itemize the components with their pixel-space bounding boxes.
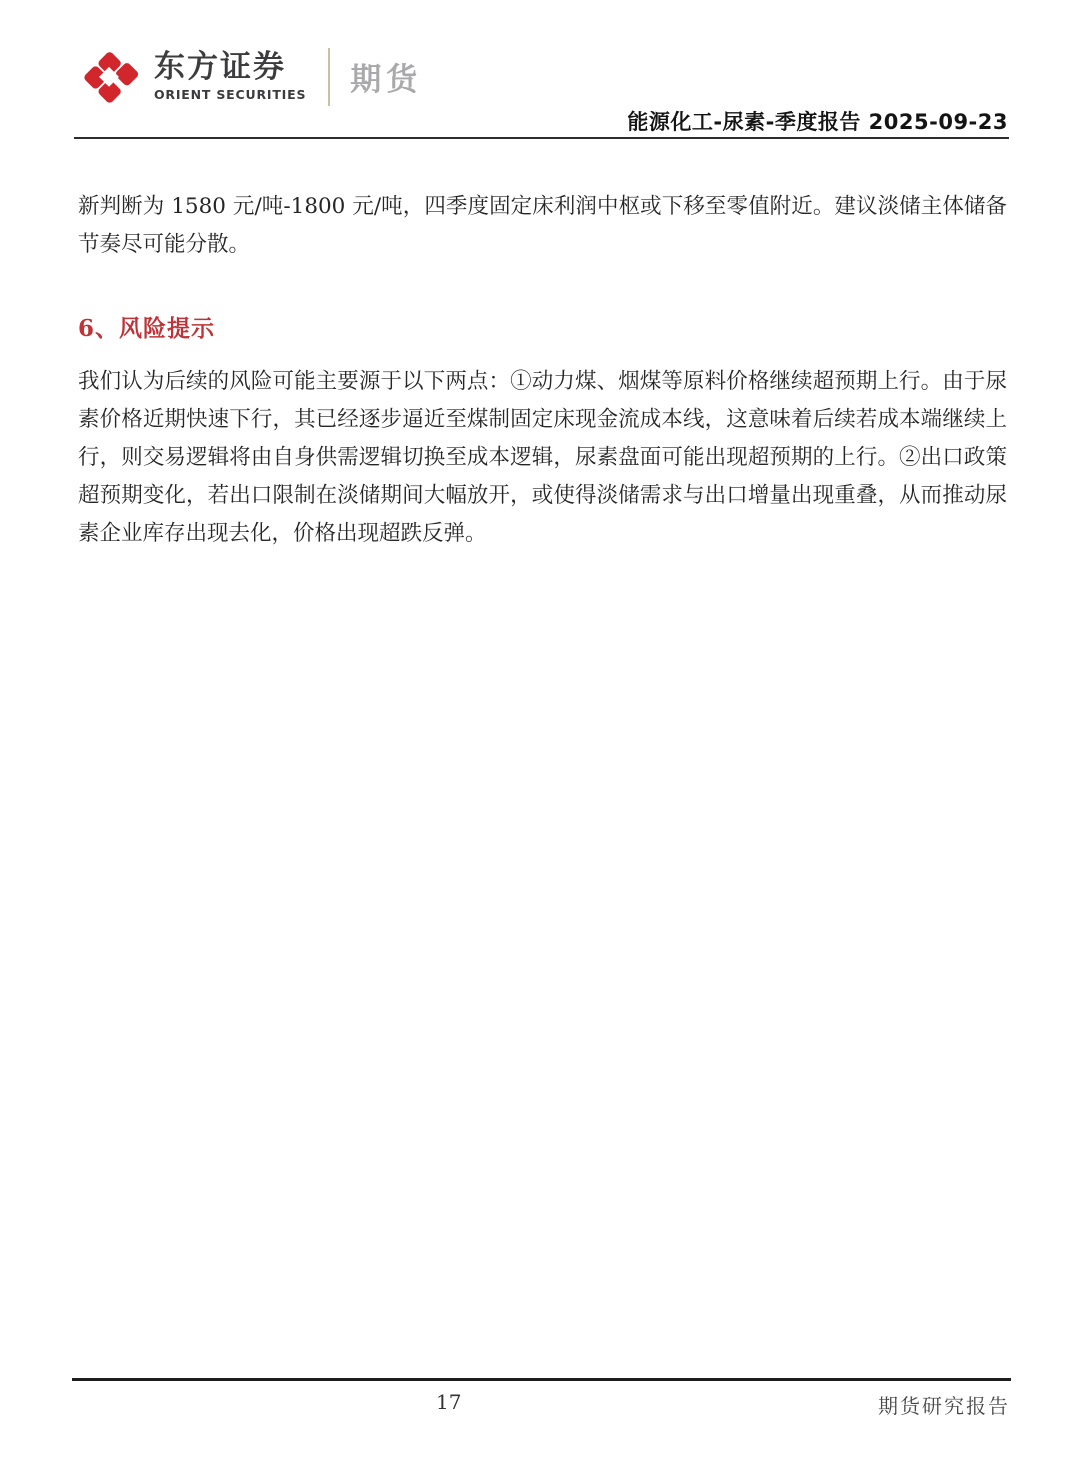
- header-rule: [74, 137, 1009, 139]
- brand-name-en: ORIENT SECURITIES: [154, 87, 306, 102]
- report-title-date: 能源化工-尿素-季度报告 2025-09-23: [627, 106, 1008, 136]
- report-body: 新判断为 1580 元/吨-1800 元/吨，四季度固定床利润中枢或下移至零值附…: [78, 188, 1007, 553]
- brand-divider: [328, 48, 330, 106]
- brand-division-label: 期货: [350, 54, 422, 99]
- section-heading-risk: 6、风险提示: [78, 310, 1007, 343]
- brand-text: 东方证券 ORIENT SECURITIES: [154, 52, 306, 102]
- intro-paragraph: 新判断为 1580 元/吨-1800 元/吨，四季度固定床利润中枢或下移至零值附…: [78, 188, 1007, 264]
- risk-paragraph: 我们认为后续的风险可能主要源于以下两点：①动力煤、烟煤等原料价格继续超预期上行。…: [78, 363, 1007, 553]
- report-page: 东方证券 ORIENT SECURITIES 期货 能源化工-尿素-季度报告 2…: [0, 0, 1080, 1466]
- footer-rule: [72, 1378, 1011, 1381]
- brand-name-cn: 东方证券: [154, 52, 306, 83]
- brand-block: 东方证券 ORIENT SECURITIES 期货: [80, 44, 422, 106]
- orient-securities-logo-icon: [80, 44, 138, 106]
- page-number: 17: [436, 1390, 461, 1414]
- footer-report-label: 期货研究报告: [878, 1390, 1010, 1419]
